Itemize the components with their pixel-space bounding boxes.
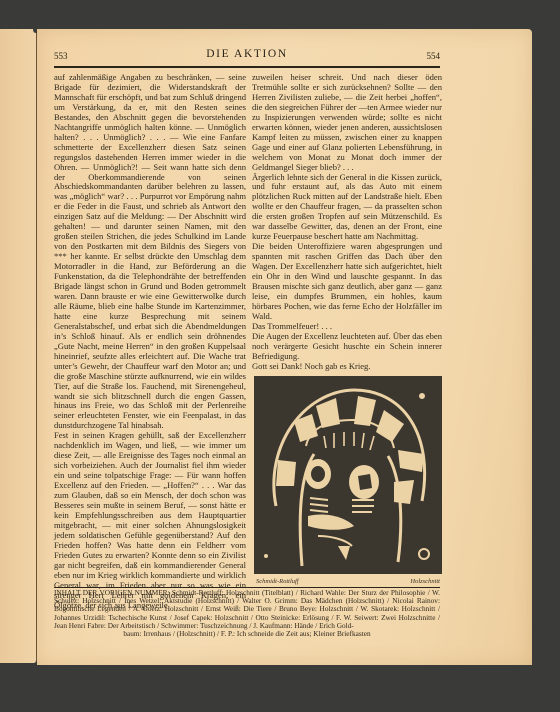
medium-label: Holzschnitt — [410, 578, 440, 585]
header-rule — [54, 66, 440, 68]
journal-title: DIE AKTION — [54, 48, 440, 60]
adjacent-page-edge — [0, 29, 37, 663]
text-column-left: auf zahlenmäßige Angaben zu beschränken,… — [54, 73, 246, 610]
paragraph: Gott sei Dank! Noch gab es Krieg. — [252, 362, 442, 372]
paragraph: Die beiden Unteroffiziere waren abgespru… — [252, 242, 442, 322]
artist-credit: Schmidt-Rottluff — [256, 578, 299, 585]
paragraph: Fest in seinen Kragen gehüllt, saß der E… — [54, 431, 246, 610]
toc-text: INHALT DER VORIGEN NUMMER: Schmidt-Rottl… — [54, 588, 440, 630]
paragraph: auf zahlenmäßige Angaben zu beschränken,… — [54, 73, 246, 431]
paragraph: zuweilen heiser schreit. Und nach dieser… — [252, 73, 442, 173]
woodcut-illustration — [254, 376, 442, 574]
text-column-right: zuweilen heiser schreit. Und nach dieser… — [252, 73, 442, 372]
running-header: 553 DIE AKTION 554 — [54, 48, 440, 64]
woodcut-head-icon — [254, 376, 442, 574]
paragraph: Ärgerlich lehnte sich der General in die… — [252, 173, 442, 243]
previous-issue-contents: INHALT DER VORIGEN NUMMER: Schmidt-Rottl… — [54, 589, 440, 638]
paragraph: Die Augen der Excellenz leuchteten auf. … — [252, 332, 442, 362]
right-page-number: 554 — [427, 51, 441, 61]
toc-last-line: baum: Irrenhaus / (Holzschnitt) / F. P.:… — [54, 630, 440, 638]
